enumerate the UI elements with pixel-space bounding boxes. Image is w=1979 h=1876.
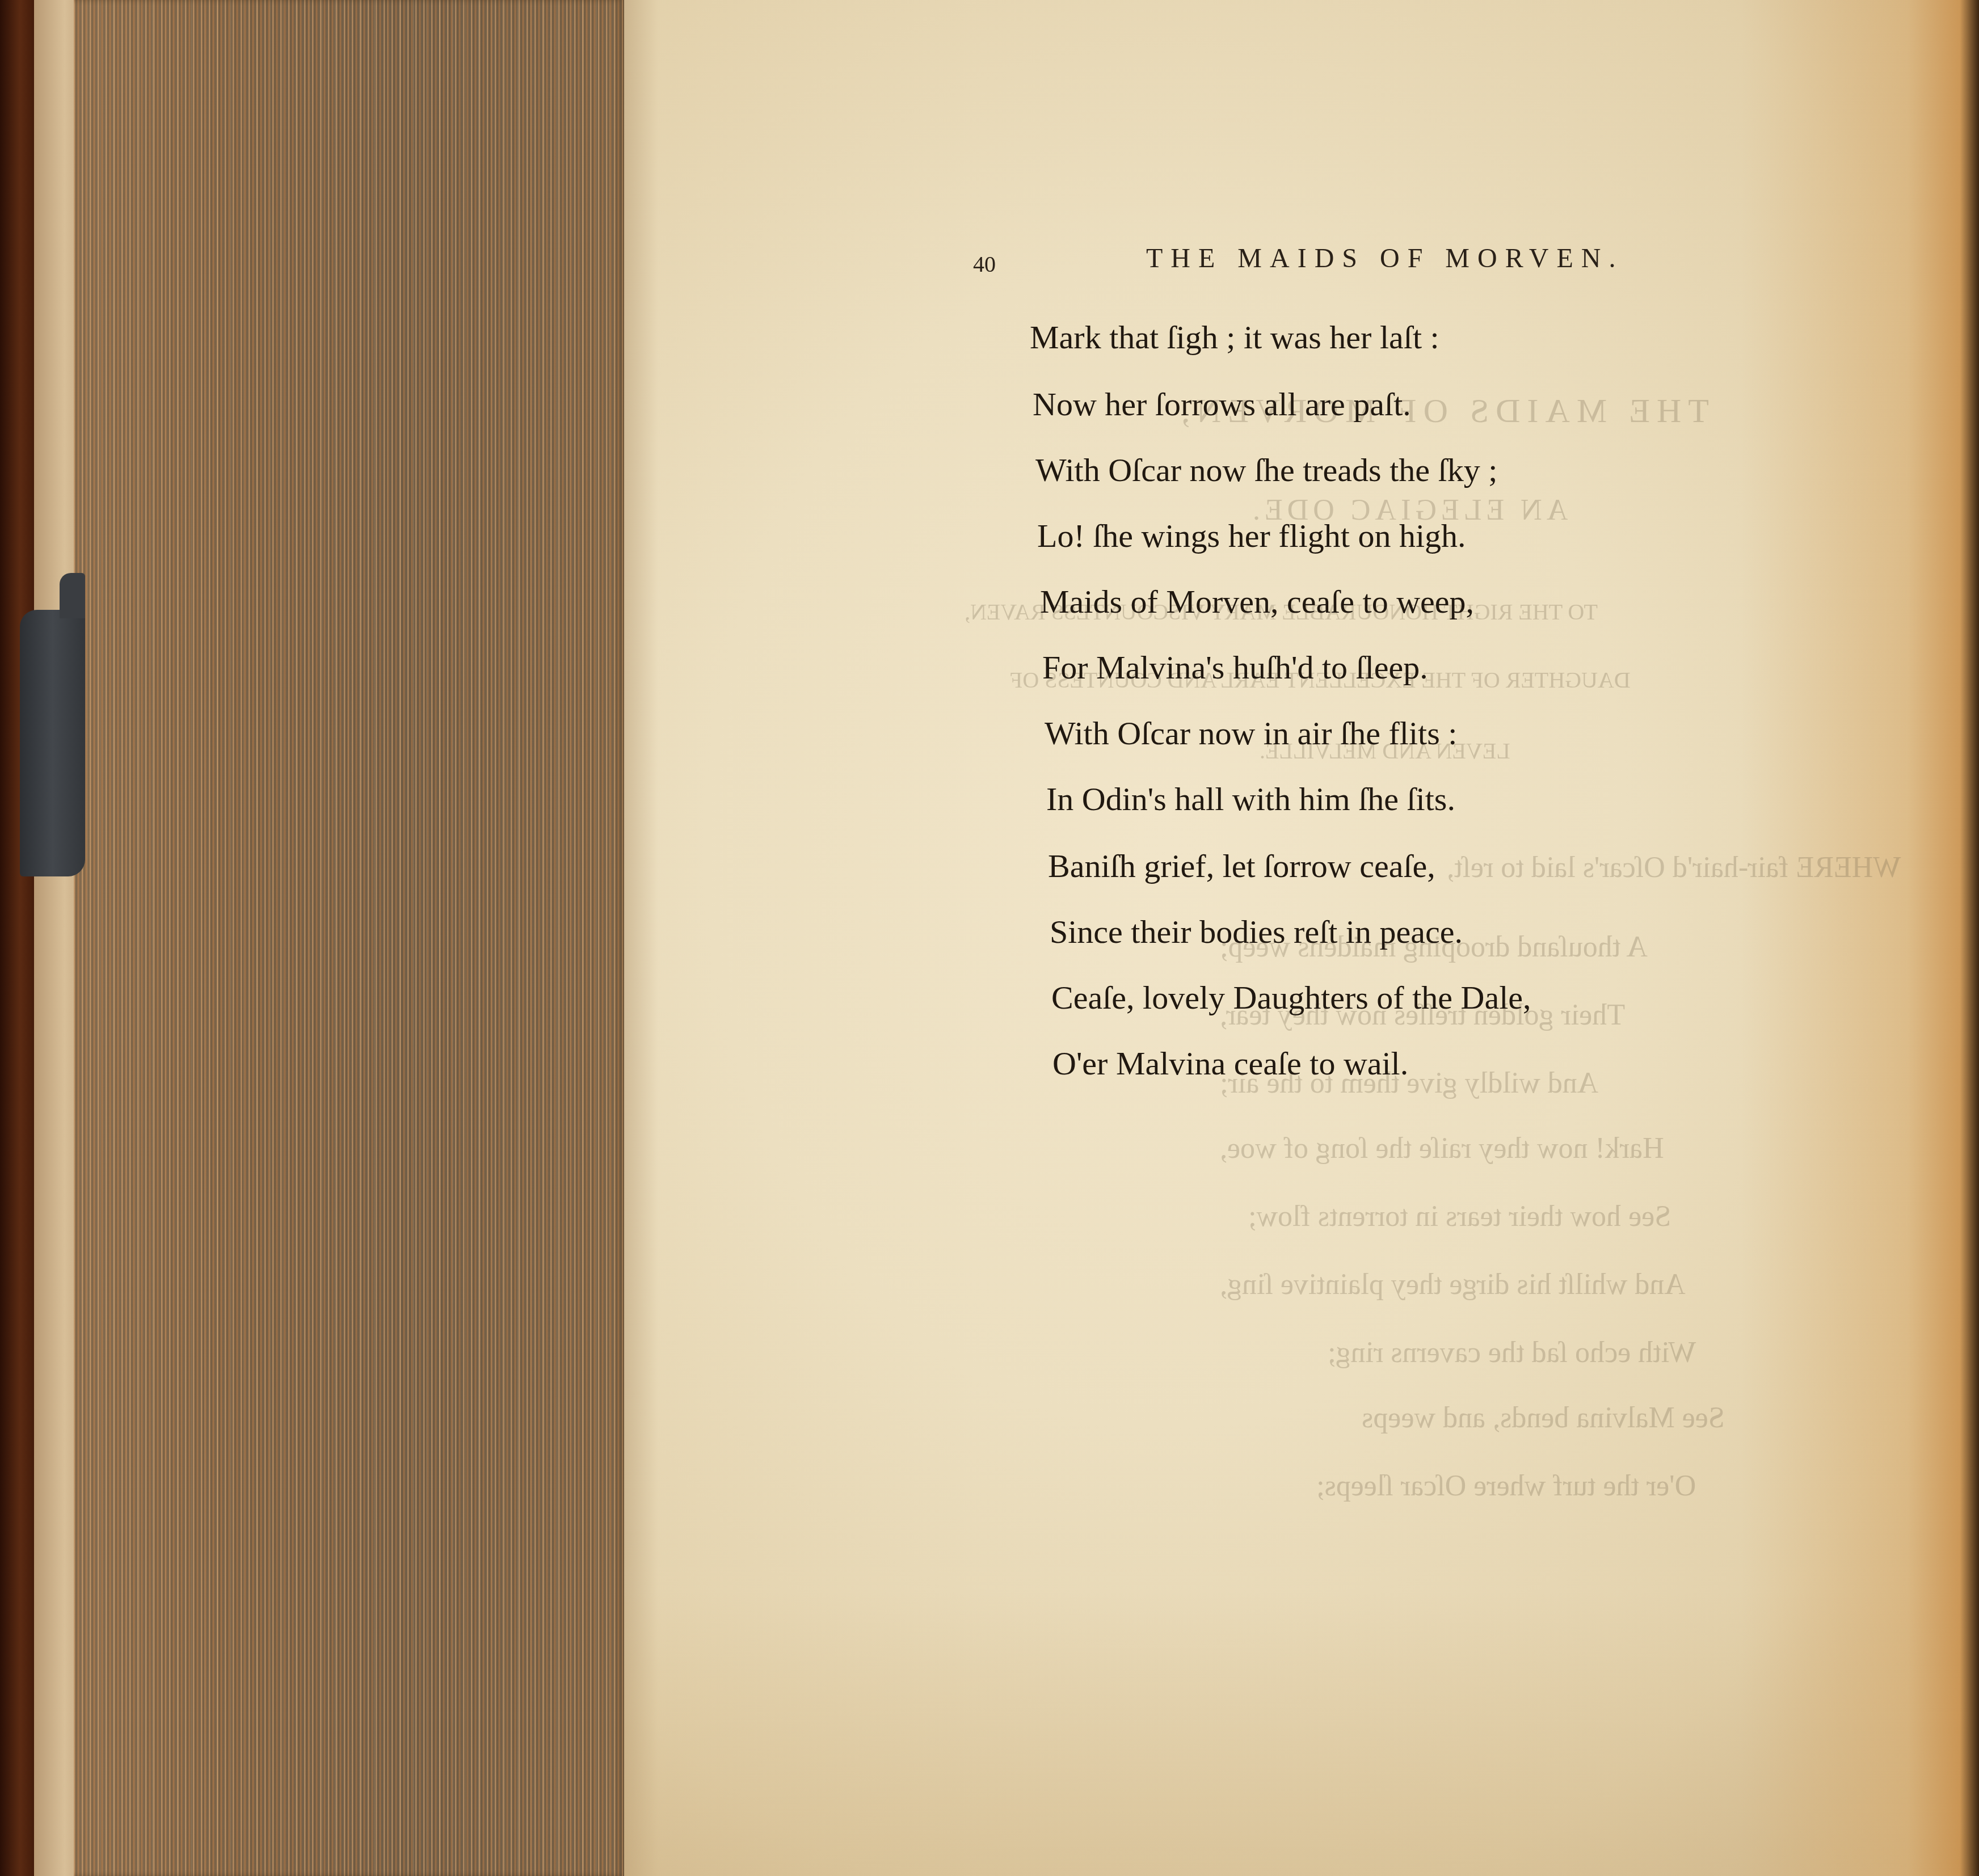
- poem-line: Since their bodies reſt in peace.: [1050, 912, 1463, 952]
- metal-clasp-icon: [20, 610, 85, 876]
- poem-line: Maids of Morven, ceaſe to weep,: [1040, 582, 1474, 622]
- poem-line: For Malvina's huſh'd to ſleep.: [1042, 648, 1428, 688]
- poem-line: O'er Malvina ceaſe to wail.: [1052, 1044, 1408, 1084]
- ghost-line: And whilſt his dirge they plaintive ſing…: [1220, 1268, 1686, 1301]
- ghost-line: WHERE fair-hair'd Oſcar's laid to reſt,: [1447, 851, 1901, 884]
- page-number: 40: [973, 251, 996, 277]
- poem-line: With Oſcar now ſhe treads the ſky ;: [1035, 450, 1497, 490]
- poem-line: Ceaſe, lovely Daughters of the Dale,: [1051, 978, 1531, 1018]
- ghost-line: See Malvina bends, and weeps: [1362, 1401, 1725, 1435]
- ghost-line: Hark! now they raiſe the ſong of woe,: [1220, 1132, 1664, 1165]
- poem-line: Mark that ſigh ; it was her laſt :: [1030, 318, 1439, 357]
- ghost-line: O'er the turf where Oſcar ſleeps;: [1316, 1469, 1696, 1503]
- running-head: 40 THE MAIDS OF MORVEN.: [973, 243, 1711, 283]
- page-edges-block: [74, 0, 624, 1876]
- poem-line: With Oſcar now in air ſhe flits :: [1045, 714, 1457, 753]
- ghost-line: With echo ſad the caverns ring;: [1328, 1336, 1696, 1369]
- poem-line: Baniſh grief, let ſorrow ceaſe,: [1048, 846, 1435, 886]
- poem-line: In Odin's hall with him ſhe ſits.: [1046, 779, 1455, 819]
- poem-line: Now her ſorrows all are paſt.: [1033, 385, 1411, 424]
- poem-line: Lo! ſhe wings her flight on high.: [1037, 516, 1466, 556]
- ghost-line: See how their tears in torrents flow;: [1248, 1200, 1671, 1233]
- page-title: THE MAIDS OF MORVEN.: [1146, 243, 1624, 274]
- page-right-edge-shading: [1741, 0, 1979, 1876]
